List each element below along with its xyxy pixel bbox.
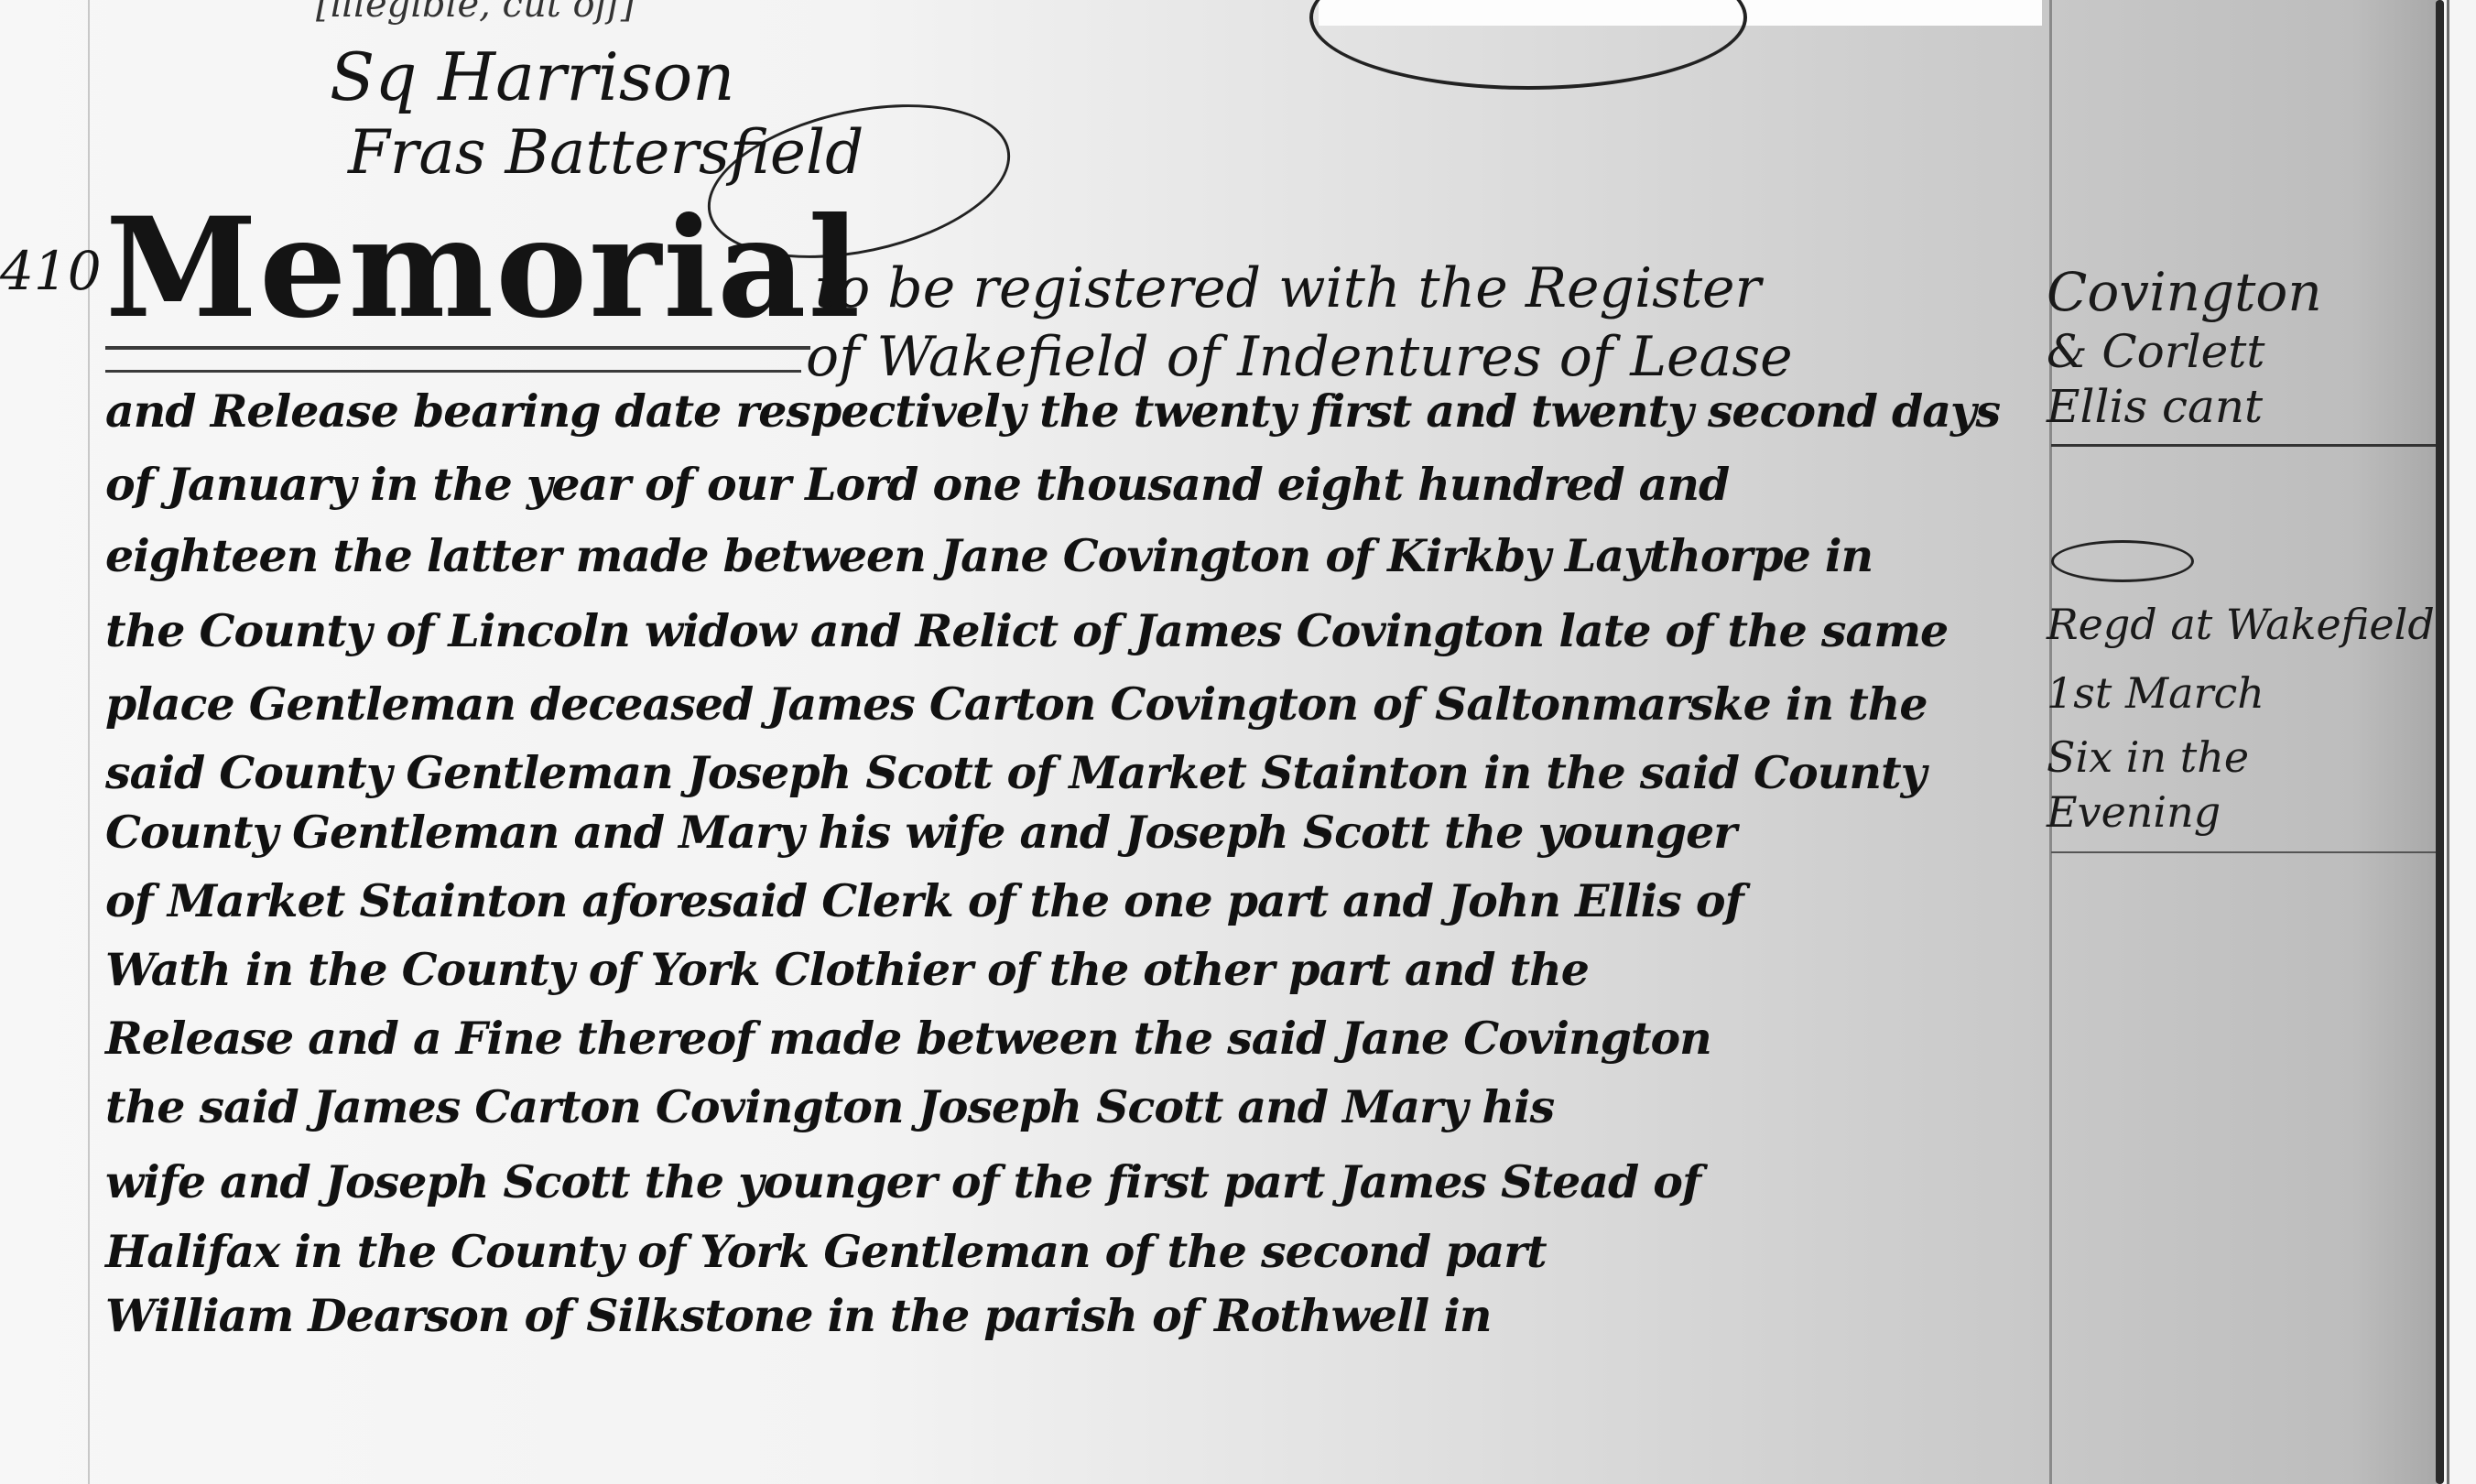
body-line: Halifax in the County of York Gentleman … (105, 1225, 1547, 1278)
margin-note-reg-1: Regd at Wakefield (2047, 600, 2435, 649)
body-line: County Gentleman and Mary his wife and J… (105, 806, 1736, 859)
margin-note-party-2: & Corlett (2047, 325, 2264, 378)
body-line: Release and a Fine thereof made between … (105, 1012, 1711, 1065)
binding-edge (2436, 0, 2444, 1484)
signature-harrison: Sq Harrison (330, 38, 735, 115)
margin-divider-2 (2051, 851, 2436, 853)
margin-note-party-1: Covington (2047, 261, 2322, 323)
heading-underline-2 (105, 370, 801, 373)
binding-edge-inner (2447, 0, 2449, 1484)
body-line: of Market Stainton aforesaid Clerk of th… (105, 874, 1743, 927)
body-line: Wath in the County of York Clothier of t… (105, 943, 1589, 996)
body-line: eighteen the latter made between Jane Co… (105, 529, 1873, 582)
left-margin-rule (88, 0, 90, 1484)
body-line: the said James Carton Covington Joseph S… (105, 1080, 1554, 1133)
flourish-loop-top (1309, 0, 1747, 90)
margin-number: 410 (0, 240, 102, 302)
body-line: the County of Lincoln widow and Relict o… (105, 604, 1948, 657)
margin-note-reg-2: 1st March (2047, 668, 2264, 718)
body-line: William Dearson of Silkstone in the pari… (105, 1289, 1492, 1342)
body-line: of January in the year of our Lord one t… (105, 458, 1729, 511)
heading-continuation-2: of Wakefield of Indentures of Lease (806, 325, 1793, 389)
heading-memorial: Memorial (105, 188, 862, 349)
body-line: and Release bearing date respectively th… (105, 385, 2000, 438)
signature-battersfield: Fras Battersfield (348, 117, 863, 188)
margin-note-reg-3: Six in the (2047, 732, 2249, 782)
margin-note-reg-4: Evening (2047, 787, 2221, 837)
margin-note-party-3: Ellis cant (2047, 380, 2263, 433)
flourish-loop-margin (2051, 540, 2194, 582)
body-line: said County Gentleman Joseph Scott of Ma… (105, 746, 1926, 799)
body-line: place Gentleman deceased James Carton Co… (105, 677, 1928, 731)
signature-cutoff: [illegible, cut off] (316, 0, 635, 26)
body-line: wife and Joseph Scott the younger of the… (105, 1155, 1700, 1208)
heading-underline (105, 346, 810, 350)
margin-divider (2051, 444, 2436, 447)
heading-continuation-1: to be registered with the Register (815, 256, 1761, 320)
document-page: 410 [illegible, cut off] Sq Harrison Fra… (0, 0, 2476, 1484)
